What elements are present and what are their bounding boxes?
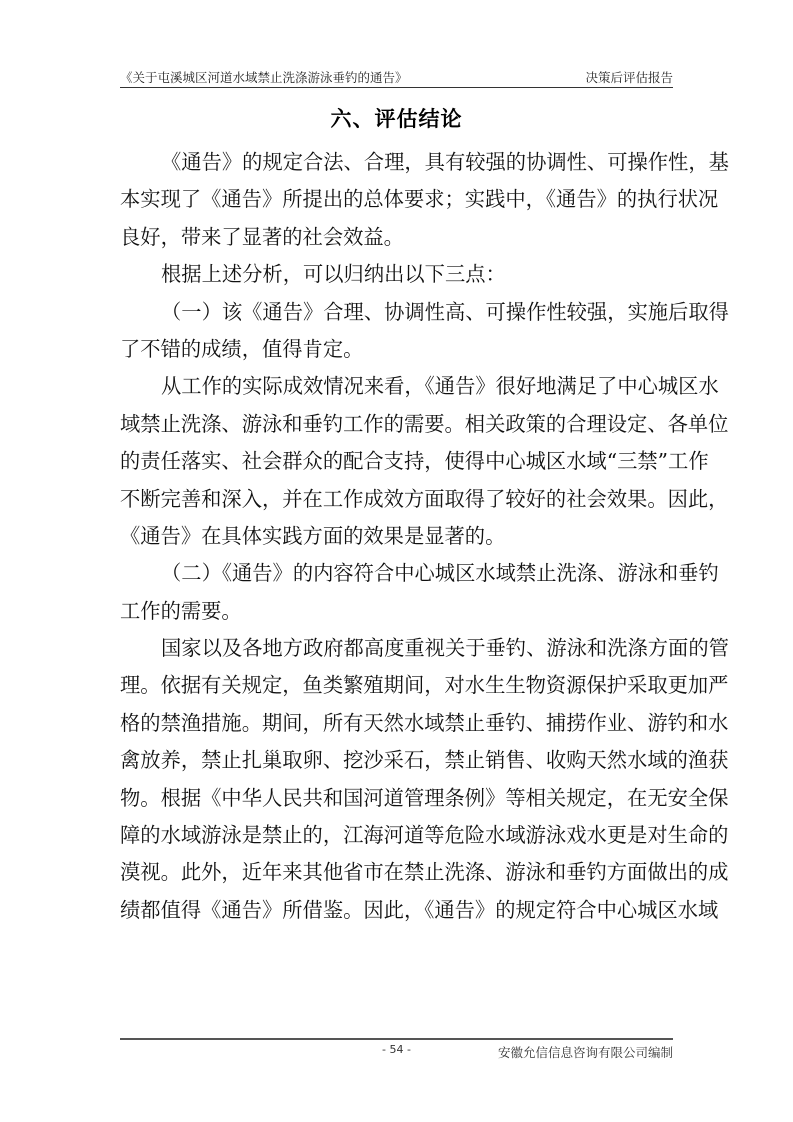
point-heading-line: 了不错的成绩，值得肯定。 <box>120 333 673 370</box>
paragraph-line: 从工作的实际成效情况来看，《通告》很好地满足了中心城区水 <box>120 370 673 407</box>
page-footer: - 54 - 安徽允信信息咨询有限公司编制 <box>120 1038 673 1060</box>
section-title: 六、评估结论 <box>0 104 793 134</box>
paragraph-line: 绩都值得《通告》所借鉴。因此，《通告》的规定符合中心城区水域 <box>120 894 673 931</box>
point-heading-line: （二）《通告》的内容符合中心城区水域禁止洗涤、游泳和垂钓 <box>120 557 673 594</box>
point-heading-line: （一）该《通告》合理、协调性高、可操作性较强，实施后取得 <box>120 296 673 333</box>
page-number: - 54 - <box>382 1043 411 1056</box>
paragraph-line: 不断完善和深入，并在工作成效方面取得了较好的社会效果。因此， <box>120 483 673 520</box>
paragraph-line: 格的禁渔措施。期间，所有天然水域禁止垂钓、捕捞作业、游钓和水 <box>120 707 673 744</box>
page-header: 《关于屯溪城区河道水域禁止洗涤游泳垂钓的通告》 决策后评估报告 <box>120 70 673 88</box>
footer-company: 安徽允信信息咨询有限公司编制 <box>498 1043 673 1061</box>
header-report-type: 决策后评估报告 <box>585 70 673 86</box>
point-heading-line: 工作的需要。 <box>120 595 673 632</box>
paragraph-line: 物。根据《中华人民共和国河道管理条例》等相关规定，在无安全保 <box>120 782 673 819</box>
paragraph-line: 根据上述分析，可以归纳出以下三点： <box>120 258 673 295</box>
paragraph-line: 国家以及各地方政府都高度重视关于垂钓、游泳和洗涤方面的管 <box>120 632 673 669</box>
paragraph-line: 本实现了《通告》所提出的总体要求；实践中，《通告》的执行状况 <box>120 183 673 220</box>
paragraph-line: 的责任落实、社会群众的配合支持，使得中心城区水域“三禁”工作 <box>120 445 673 482</box>
paragraph-line: 《通告》的规定合法、合理，具有较强的协调性、可操作性，基 <box>120 146 673 183</box>
paragraph-line: 理。依据有关规定，鱼类繁殖期间，对水生生物资源保护采取更加严 <box>120 669 673 706</box>
paragraph-line: 障的水域游泳是禁止的，江海河道等危险水域游泳戏水更是对生命的 <box>120 819 673 856</box>
header-document-title: 《关于屯溪城区河道水域禁止洗涤游泳垂钓的通告》 <box>120 70 408 86</box>
paragraph-line: 良好，带来了显著的社会效益。 <box>120 221 673 258</box>
paragraph-line: 《通告》在具体实践方面的效果是显著的。 <box>120 520 673 557</box>
body-text: 《通告》的规定合法、合理，具有较强的协调性、可操作性，基 本实现了《通告》所提出… <box>120 146 673 931</box>
paragraph-line: 域禁止洗涤、游泳和垂钓工作的需要。相关政策的合理设定、各单位 <box>120 408 673 445</box>
paragraph-line: 漠视。此外，近年来其他省市在禁止洗涤、游泳和垂钓方面做出的成 <box>120 856 673 893</box>
paragraph-line: 禽放养，禁止扎巢取卵、挖沙采石，禁止销售、收购天然水域的渔获 <box>120 744 673 781</box>
